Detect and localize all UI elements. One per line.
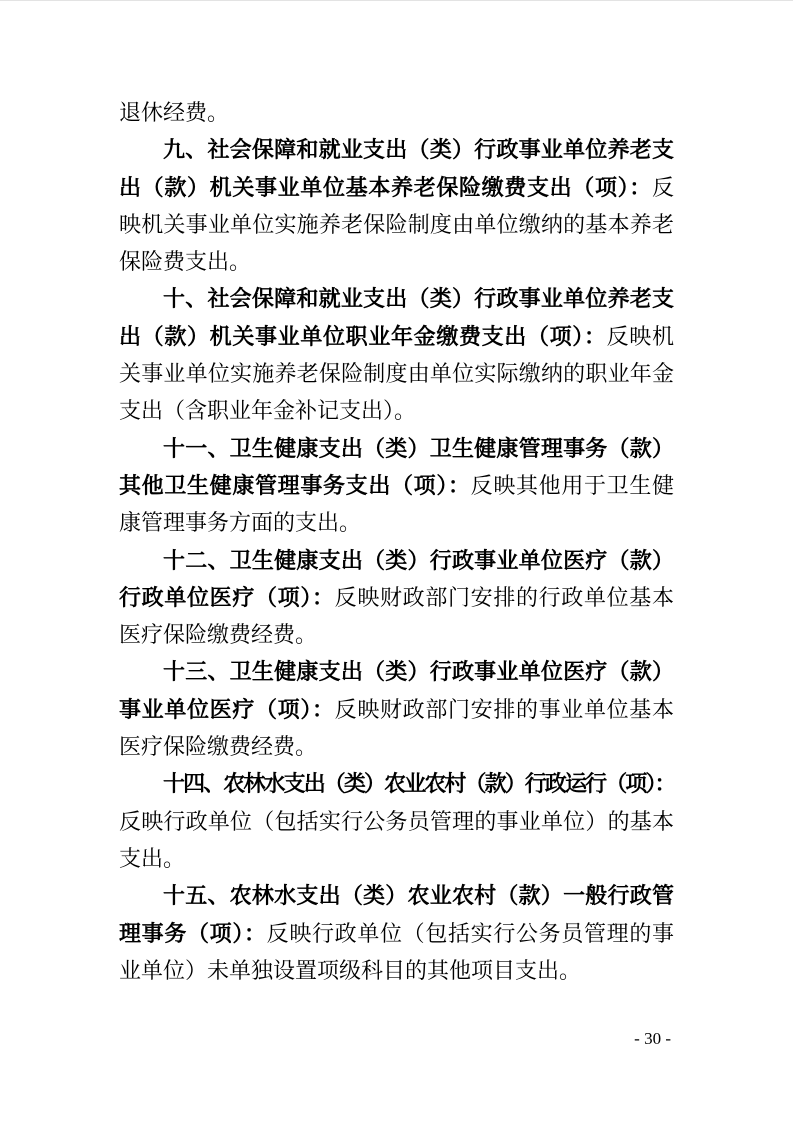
paragraph-continuation-text: 退休经费。	[119, 100, 229, 125]
expense-item-heading: 十四、农林水支出（类）农业农村（款）行政运行（项）：	[163, 771, 674, 796]
paragraph-item-9: 九、社会保障和就业支出（类）行政事业单位养老支出（款）机关事业单位基本养老保险缴…	[119, 131, 674, 280]
page-top-edge	[0, 0, 793, 1]
expense-item-heading: 十、社会保障和就业支出（类）行政事业单位养老支出（款）机关事业单位职业年金缴费支…	[119, 286, 674, 348]
document-page: 退休经费。 九、社会保障和就业支出（类）行政事业单位养老支出（款）机关事业单位基…	[0, 0, 793, 1122]
paragraph-item-12: 十二、卫生健康支出（类）行政事业单位医疗（款）行政单位医疗（项）：反映财政部门安…	[119, 542, 674, 654]
document-body: 退休经费。 九、社会保障和就业支出（类）行政事业单位养老支出（款）机关事业单位基…	[119, 94, 674, 989]
paragraph-item-11: 十一、卫生健康支出（类）卫生健康管理事务（款）其他卫生健康管理事务支出（项）：反…	[119, 430, 674, 542]
paragraph-item-10: 十、社会保障和就业支出（类）行政事业单位养老支出（款）机关事业单位职业年金缴费支…	[119, 280, 674, 429]
paragraph-item-13: 十三、卫生健康支出（类）行政事业单位医疗（款）事业单位医疗（项）：反映财政部门安…	[119, 653, 674, 765]
paragraph-item-14: 十四、农林水支出（类）农业农村（款）行政运行（项）：反映行政单位（包括实行公务员…	[119, 765, 674, 877]
page-number: - 30 -	[634, 1028, 671, 1050]
expense-item-heading: 九、社会保障和就业支出（类）行政事业单位养老支出（款）机关事业单位基本养老保险缴…	[119, 137, 674, 199]
paragraph-continuation: 退休经费。	[119, 94, 674, 131]
paragraph-item-15: 十五、农林水支出（类）农业农村（款）一般行政管理事务（项）：反映行政单位（包括实…	[119, 877, 674, 989]
expense-item-description: 反映行政单位（包括实行公务员管理的事业单位）的基本支出。	[119, 809, 674, 871]
